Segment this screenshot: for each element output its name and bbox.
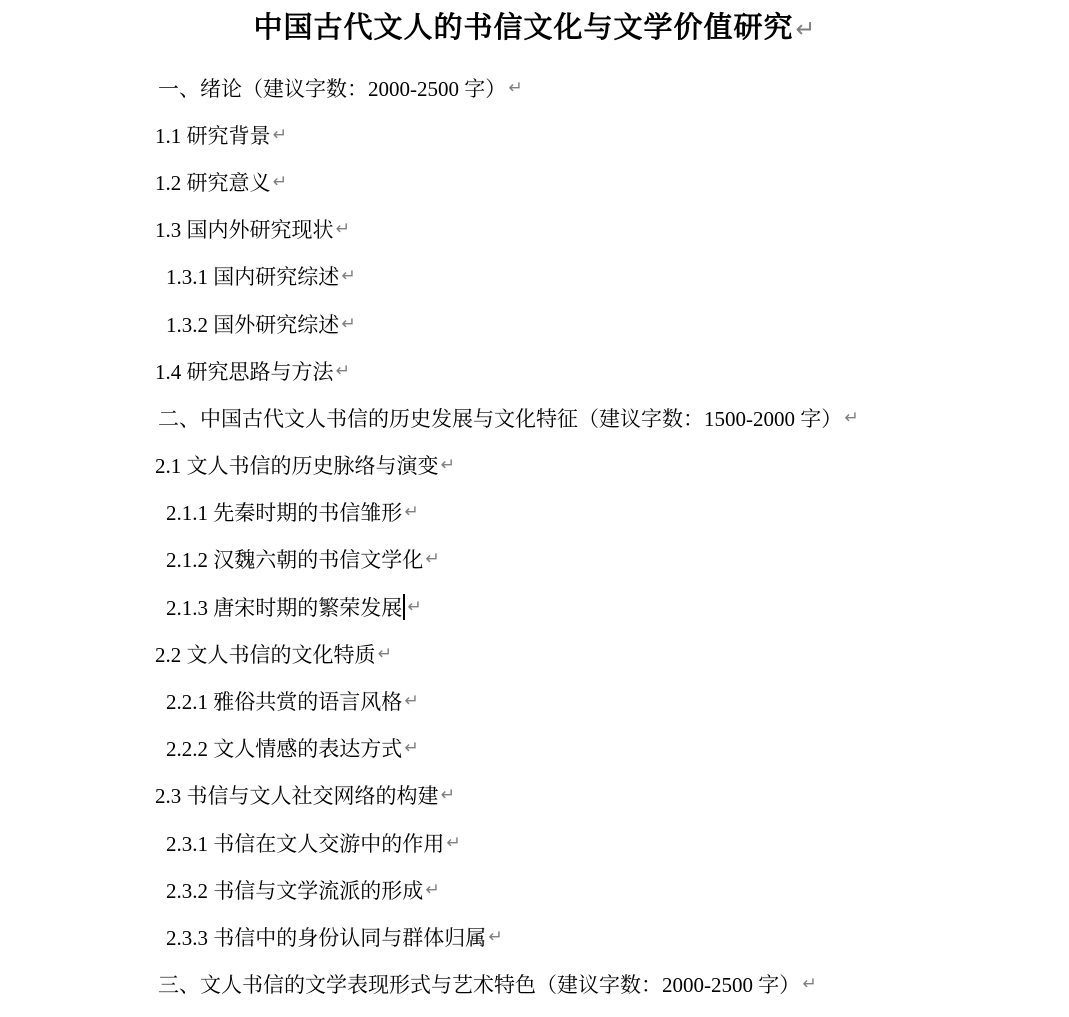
outline-line-text: 1.2 研究意义: [155, 167, 271, 197]
outline-line[interactable]: 2.1.3 唐宋时期的繁荣发展↵: [155, 583, 914, 630]
paragraph-mark-icon: ↵: [404, 502, 418, 522]
paragraph-mark-icon: ↵: [336, 361, 350, 381]
paragraph-mark-icon: ↵: [446, 833, 460, 853]
paragraph-mark-icon: ↵: [341, 266, 355, 286]
outline-line[interactable]: 1.1 研究背景↵: [155, 111, 914, 158]
paragraph-mark-icon: ↵: [341, 314, 355, 334]
outline-line[interactable]: 一、绪论（建议字数：2000-2500 字）↵: [155, 64, 914, 111]
paragraph-mark-icon: ↵: [336, 219, 350, 239]
outline-line[interactable]: 2.3 书信与文人社交网络的构建↵: [155, 772, 914, 819]
document-content: 中国古代文人的书信文化与文学价值研究↵ 一、绪论（建议字数：2000-2500 …: [155, 0, 914, 1008]
outline-line[interactable]: 1.4 研究思路与方法↵: [155, 347, 914, 394]
outline-line-text: 1.3.1 国内研究综述: [166, 261, 339, 291]
outline-line-text: 2.1 文人书信的历史脉络与演变: [155, 450, 439, 480]
document-title-line[interactable]: 中国古代文人的书信文化与文学价值研究↵: [155, 0, 914, 46]
outline-line[interactable]: 1.3.2 国外研究综述↵: [155, 300, 914, 347]
paragraph-mark-icon: ↵: [441, 785, 455, 805]
outline-line[interactable]: 2.1 文人书信的历史脉络与演变↵: [155, 442, 914, 489]
outline-line-text: 2.1.1 先秦时期的书信雏形: [166, 497, 402, 527]
paragraph-mark-icon: ↵: [407, 597, 421, 617]
outline-list: 一、绪论（建议字数：2000-2500 字）↵1.1 研究背景↵1.2 研究意义…: [155, 64, 914, 1008]
outline-line[interactable]: 1.3 国内外研究现状↵: [155, 206, 914, 253]
outline-line-text: 1.3 国内外研究现状: [155, 214, 334, 244]
outline-line-text: 2.2.2 文人情感的表达方式: [166, 733, 402, 763]
outline-line-text: 1.4 研究思路与方法: [155, 356, 334, 386]
outline-line-text: 2.2 文人书信的文化特质: [155, 639, 376, 669]
paragraph-mark-icon: ↵: [273, 125, 287, 145]
outline-line[interactable]: 2.2 文人书信的文化特质↵: [155, 630, 914, 677]
paragraph-mark-icon: ↵: [404, 691, 418, 711]
outline-line-text: 三、文人书信的文学表现形式与艺术特色（建议字数：2000-2500 字）: [158, 969, 800, 999]
outline-line[interactable]: 三、文人书信的文学表现形式与艺术特色（建议字数：2000-2500 字）↵: [155, 961, 914, 1008]
paragraph-mark-icon: ↵: [796, 15, 816, 43]
paragraph-mark-icon: ↵: [508, 78, 522, 98]
document-title-text: 中国古代文人的书信文化与文学价值研究: [254, 12, 794, 44]
outline-line-text: 2.3.3 书信中的身份认同与群体归属: [166, 922, 486, 952]
outline-line[interactable]: 2.2.2 文人情感的表达方式↵: [155, 725, 914, 772]
outline-line[interactable]: 2.3.1 书信在文人交游中的作用↵: [155, 819, 914, 866]
outline-line[interactable]: 1.3.1 国内研究综述↵: [155, 253, 914, 300]
paragraph-mark-icon: ↵: [441, 455, 455, 475]
outline-line-text: 2.3.2 书信与文学流派的形成: [166, 875, 423, 905]
paragraph-mark-icon: ↵: [273, 172, 287, 192]
outline-line[interactable]: 2.3.3 书信中的身份认同与群体归属↵: [155, 913, 914, 960]
outline-line[interactable]: 2.1.1 先秦时期的书信雏形↵: [155, 489, 914, 536]
outline-line-text: 2.3.1 书信在文人交游中的作用: [166, 828, 444, 858]
outline-line[interactable]: 2.1.2 汉魏六朝的书信文学化↵: [155, 536, 914, 583]
paragraph-mark-icon: ↵: [425, 880, 439, 900]
outline-line-text: 1.3.2 国外研究综述: [166, 309, 339, 339]
outline-line-text: 二、中国古代文人书信的历史发展与文化特征（建议字数：1500-2000 字）: [158, 403, 842, 433]
text-cursor: [403, 594, 405, 620]
document-editing-area[interactable]: 中国古代文人的书信文化与文学价值研究↵ 一、绪论（建议字数：2000-2500 …: [0, 0, 1069, 1017]
outline-line-text: 一、绪论（建议字数：2000-2500 字）: [158, 73, 506, 103]
outline-line-text: 1.1 研究背景: [155, 120, 271, 150]
paragraph-mark-icon: ↵: [488, 927, 502, 947]
outline-line-text: 2.3 书信与文人社交网络的构建: [155, 780, 439, 810]
paragraph-mark-icon: ↵: [425, 549, 439, 569]
outline-line[interactable]: 2.3.2 书信与文学流派的形成↵: [155, 866, 914, 913]
outline-line-text: 2.2.1 雅俗共赏的语言风格: [166, 686, 402, 716]
outline-line[interactable]: 1.2 研究意义↵: [155, 158, 914, 205]
outline-line[interactable]: 2.2.1 雅俗共赏的语言风格↵: [155, 677, 914, 724]
paragraph-mark-icon: ↵: [844, 408, 858, 428]
outline-line-text: 2.1.2 汉魏六朝的书信文学化: [166, 544, 423, 574]
outline-line[interactable]: 二、中国古代文人书信的历史发展与文化特征（建议字数：1500-2000 字）↵: [155, 394, 914, 441]
paragraph-mark-icon: ↵: [404, 738, 418, 758]
paragraph-mark-icon: ↵: [802, 974, 816, 994]
paragraph-mark-icon: ↵: [378, 644, 392, 664]
outline-line-text: 2.1.3 唐宋时期的繁荣发展: [166, 592, 402, 622]
